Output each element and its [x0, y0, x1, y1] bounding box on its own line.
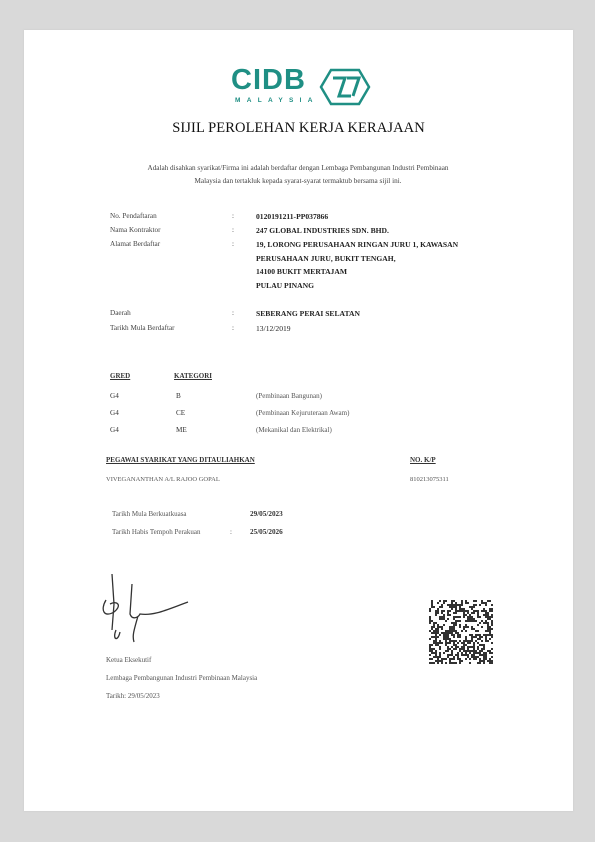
- separator: :: [232, 212, 234, 220]
- grade-header: GRED: [110, 372, 130, 380]
- category-cell: ME: [176, 426, 187, 434]
- qr-code: [429, 600, 493, 664]
- signatory-organisation: Lembaga Pembangunan Industri Pembinaan M…: [106, 674, 257, 682]
- intro-text: Adalah disahkan syarikat/Firma ini adala…: [88, 162, 508, 188]
- category-desc: (Pembinaan Kejuruteraan Awam): [256, 409, 349, 417]
- logo-subtitle: MALAYSIA: [235, 97, 319, 104]
- value-expiry-date: 25/05/2026: [250, 528, 283, 536]
- separator: :: [232, 240, 234, 248]
- value-registration-date: 13/12/2019: [256, 322, 291, 336]
- intro-line-2: Malaysia dan tertakluk kepada syarat-sya…: [88, 175, 508, 188]
- grade-cell: G4: [110, 426, 119, 434]
- signature-mark: [94, 570, 204, 650]
- separator: :: [232, 324, 234, 332]
- address-line-2: PERUSAHAAN JURU, BUKIT TENGAH,: [256, 252, 458, 266]
- officer-name: VIVEGANANTHAN A/L RAJOO GOPAL: [106, 476, 220, 483]
- label-district: Daerah: [110, 309, 131, 317]
- label-expiry-date: Tarikh Habis Tempoh Perakuan: [112, 528, 201, 536]
- intro-line-1: Adalah disahkan syarikat/Firma ini adala…: [88, 162, 508, 175]
- label-registration-date: Tarikh Mula Berdaftar: [110, 324, 175, 332]
- certificate-title: SIJIL PEROLEHAN KERJA KERAJAAN: [24, 120, 573, 137]
- separator: :: [230, 528, 232, 536]
- value-registered-address: 19, LORONG PERUSAHAAN RINGAN JURU 1, KAW…: [256, 238, 458, 292]
- category-desc: (Pembinaan Bangunan): [256, 392, 322, 400]
- value-district: SEBERANG PERAI SELATAN: [256, 307, 360, 321]
- value-effective-date: 29/05/2023: [250, 510, 283, 518]
- certificate-page: CIDB MALAYSIA SIJIL PEROLEHAN KERJA KERA…: [24, 30, 573, 811]
- address-line-1: 19, LORONG PERUSAHAAN RINGAN JURU 1, KAW…: [256, 238, 458, 252]
- label-effective-date: Tarikh Mula Berkuatkuasa: [112, 510, 187, 518]
- officer-ic-number: 810213075311: [410, 476, 449, 483]
- signatory-title: Ketua Eksekutif: [106, 656, 151, 664]
- logo-wordmark: CIDB: [231, 64, 306, 96]
- label-registration-no: No. Pendaftaran: [110, 212, 157, 220]
- label-contractor-name: Nama Kontraktor: [110, 226, 161, 234]
- address-line-3: 14100 BUKIT MERTAJAM: [256, 265, 458, 279]
- separator: :: [232, 226, 234, 234]
- label-registered-address: Alamat Berdaftar: [110, 240, 160, 248]
- cidb-emblem-icon: [319, 68, 371, 106]
- grade-cell: G4: [110, 392, 119, 400]
- officer-header: PEGAWAI SYARIKAT YANG DITAULIAHKAN: [106, 456, 255, 464]
- value-contractor-name: 247 GLOBAL INDUSTRIES SDN. BHD.: [256, 224, 389, 238]
- category-desc: (Mekanikal dan Elektrikal): [256, 426, 332, 434]
- category-cell: CE: [176, 409, 185, 417]
- category-header: KATEGORI: [174, 372, 212, 380]
- ic-number-header: NO. K/P: [410, 456, 436, 464]
- value-registration-no: 0120191211-PP037866: [256, 210, 328, 224]
- separator: :: [232, 309, 234, 317]
- cidb-logo: CIDB MALAYSIA: [231, 64, 371, 112]
- address-line-4: PULAU PINANG: [256, 279, 458, 293]
- grade-cell: G4: [110, 409, 119, 417]
- category-cell: B: [176, 392, 181, 400]
- signatory-date: Tarikh: 29/05/2023: [106, 692, 160, 700]
